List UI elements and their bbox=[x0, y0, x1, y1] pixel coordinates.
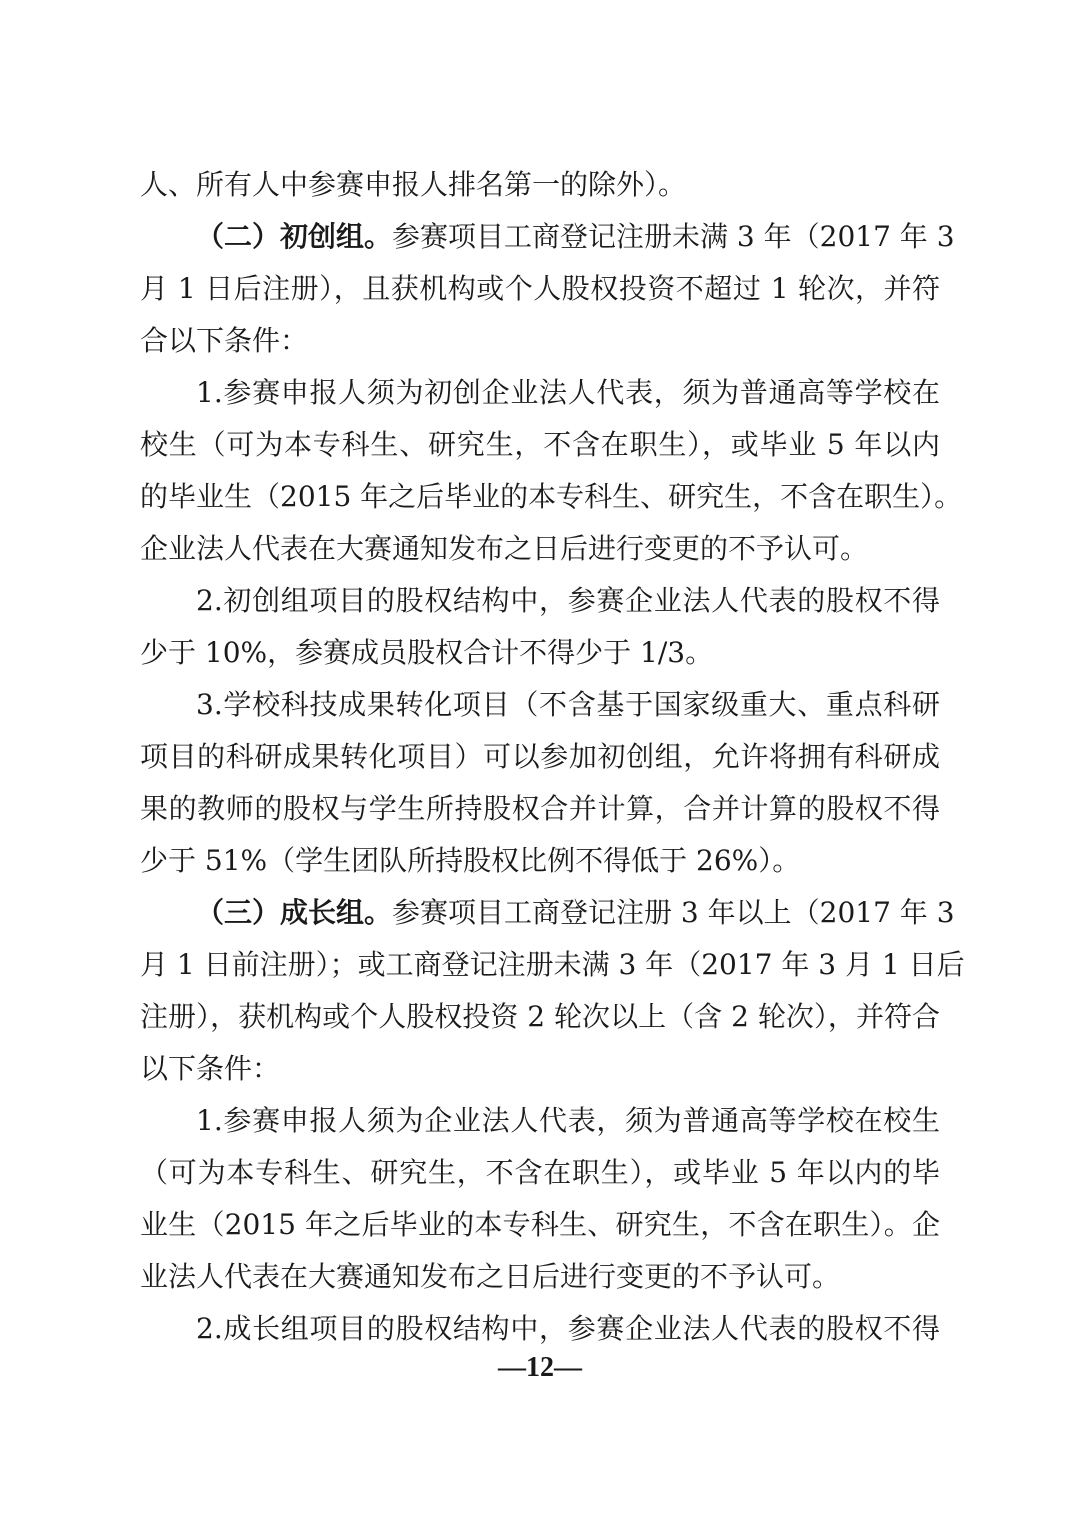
text-line: 的毕业生（2015 年之后毕业的本专科生、研究生，不含在职生）。 bbox=[140, 477, 940, 517]
text-line: 项目的科研成果转化项目）可以参加初创组，允许将拥有科研成 bbox=[140, 737, 940, 777]
text-line: 业生（2015 年之后毕业的本专科生、研究生，不含在职生）。企 bbox=[140, 1205, 940, 1245]
text-line: 以下条件： bbox=[140, 1049, 940, 1089]
text-line: 果的教师的股权与学生所持股权合并计算，合并计算的股权不得 bbox=[140, 789, 940, 829]
section-title-startup: （二）初创组。 bbox=[196, 220, 392, 253]
section-heading-line: （三）成长组。参赛项目工商登记注册 3 年以上（2017 年 3 bbox=[196, 893, 940, 933]
text-line: 注册），获机构或个人股权投资 2 轮次以上（含 2 轮次），并符合 bbox=[140, 997, 940, 1037]
text-line: 少于 10%，参赛成员股权合计不得少于 1/3。 bbox=[140, 633, 940, 673]
text-line: 1.参赛申报人须为初创企业法人代表，须为普通高等学校在 bbox=[196, 373, 940, 413]
text-line: （可为本专科生、研究生，不含在职生），或毕业 5 年以内的毕 bbox=[140, 1153, 940, 1193]
page-number: —12— bbox=[0, 1348, 1080, 1388]
text-line: 业法人代表在大赛通知发布之日后进行变更的不予认可。 bbox=[140, 1257, 940, 1297]
document-page: 人、所有人中参赛申报人排名第一的除外）。 （二）初创组。参赛项目工商登记注册未满… bbox=[0, 0, 1080, 1527]
text-line: 2.成长组项目的股权结构中，参赛企业法人代表的股权不得 bbox=[196, 1309, 940, 1349]
text-line: 月 1 日后注册），且获机构或个人股权投资不超过 1 轮次，并符 bbox=[140, 269, 940, 309]
text-line: 校生（可为本专科生、研究生，不含在职生），或毕业 5 年以内 bbox=[140, 425, 940, 465]
section-title-growth: （三）成长组。 bbox=[196, 896, 392, 929]
text-line: 3.学校科技成果转化项目（不含基于国家级重大、重点科研 bbox=[196, 685, 940, 725]
section-heading-line: （二）初创组。参赛项目工商登记注册未满 3 年（2017 年 3 bbox=[196, 217, 940, 257]
text-line: 少于 51%（学生团队所持股权比例不得低于 26%）。 bbox=[140, 841, 940, 881]
text-line: 人、所有人中参赛申报人排名第一的除外）。 bbox=[140, 165, 940, 205]
text-line: 1.参赛申报人须为企业法人代表，须为普通高等学校在校生 bbox=[196, 1101, 940, 1141]
text-line: 合以下条件： bbox=[140, 321, 940, 361]
text-line: 2.初创组项目的股权结构中，参赛企业法人代表的股权不得 bbox=[196, 581, 940, 621]
text-line: 月 1 日前注册）；或工商登记注册未满 3 年（2017 年 3 月 1 日后 bbox=[140, 945, 940, 985]
text-line: 企业法人代表在大赛通知发布之日后进行变更的不予认可。 bbox=[140, 529, 940, 569]
